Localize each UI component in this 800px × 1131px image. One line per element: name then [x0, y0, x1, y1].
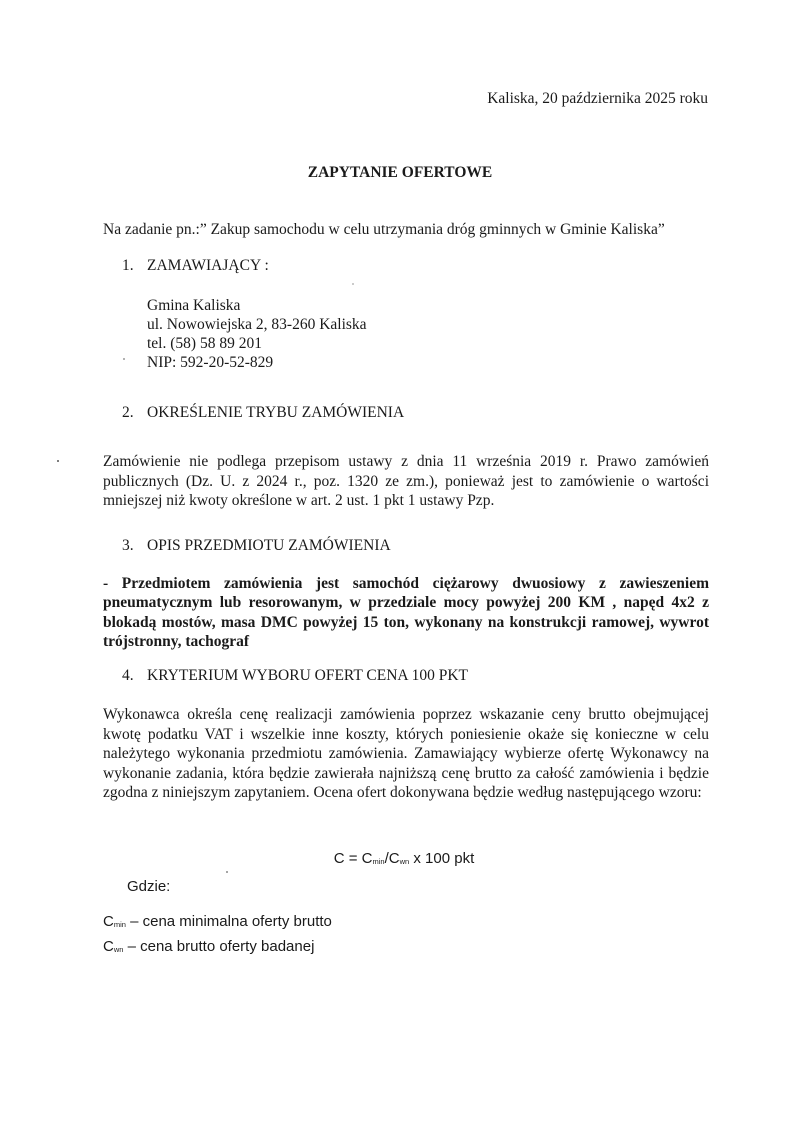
section-number: 3. — [122, 537, 147, 555]
section-title: ZAMAWIAJĄCY : — [147, 257, 269, 274]
task-line: Na zadanie pn.:” Zakup samochodu w celu … — [103, 221, 665, 239]
authority-street: ul. Nowowiejska 2, 83-260 Kaliska — [147, 315, 367, 334]
section-number: 2. — [122, 404, 147, 422]
authority-nip: NIP: 592-20-52-829 — [147, 353, 367, 372]
scan-speck — [226, 871, 228, 873]
document-title: ZAPYTANIE OFERTOWE — [0, 164, 800, 182]
definition-cwn: Cwn – cena brutto oferty badanej — [103, 938, 314, 955]
section-3-body: - Przedmiotem zamówienia jest samochód c… — [103, 574, 709, 651]
place-date: Kaliska, 20 października 2025 roku — [487, 90, 708, 108]
section-4-heading: 4.KRYTERIUM WYBORU OFERT CENA 100 PKT — [122, 667, 468, 685]
where-label: Gdzie: — [127, 878, 170, 895]
section-4-body: Wykonawca określa cenę realizacji zamówi… — [103, 705, 709, 803]
section-number: 4. — [122, 667, 147, 685]
section-2-body: Zamówienie nie podlega przepisom ustawy … — [103, 452, 709, 511]
section-2-heading: 2.OKREŚLENIE TRYBU ZAMÓWIENIA — [122, 404, 404, 422]
authority-phone: tel. (58) 58 89 201 — [147, 334, 367, 353]
section-3-heading: 3.OPIS PRZEDMIOTU ZAMÓWIENIA — [122, 537, 391, 555]
scan-speck — [123, 358, 125, 360]
authority-name: Gmina Kaliska — [147, 296, 367, 315]
scan-speck — [57, 460, 59, 462]
section-number: 1. — [122, 257, 147, 275]
contracting-authority-address: Gmina Kaliska ul. Nowowiejska 2, 83-260 … — [147, 296, 367, 372]
section-title: OKREŚLENIE TRYBU ZAMÓWIENIA — [147, 404, 404, 421]
section-1-heading: 1.ZAMAWIAJĄCY : — [122, 257, 269, 275]
scoring-formula: C = Cmin/Cwn x 100 pkt — [0, 850, 800, 867]
section-title: OPIS PRZEDMIOTU ZAMÓWIENIA — [147, 537, 391, 554]
section-title: KRYTERIUM WYBORU OFERT CENA 100 PKT — [147, 667, 468, 684]
definition-cmin: Cmin – cena minimalna oferty brutto — [103, 913, 332, 930]
scan-speck — [352, 283, 354, 285]
